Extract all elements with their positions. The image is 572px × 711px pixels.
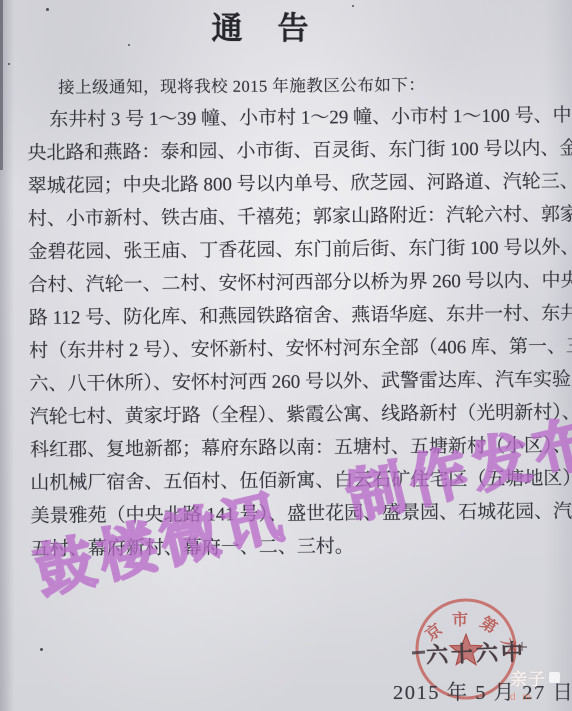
body-line: 路 112 号、防化库、和燕园铁路宿舍、燕语华庭、东井一村、东井二 bbox=[29, 297, 559, 335]
body-line: 东井村 3 号 1～39 幢、小市村 1～29 幢、小市村 1～100 号、中 bbox=[27, 99, 557, 137]
body-line: 村、小市新村、铁古庙、千禧苑；郭家山路附近：汽轮六村、郭家山、 bbox=[28, 198, 558, 236]
paper-speck bbox=[40, 648, 43, 651]
paper-speck bbox=[46, 8, 49, 11]
body-line: 科红郡、复地新都；幕府东路以南：五塘村、五塘新村（小区）、矿 bbox=[30, 429, 560, 467]
notice-photo: 通 告 接上级通知，现将我校 2015 年施教区公布如下： 东井村 3 号 1～… bbox=[0, 0, 572, 711]
body-line: 合村、汽轮一、二村、安怀村河西部分以桥为界 260 号以内、中央北 bbox=[28, 264, 558, 302]
page-title: 通 告 bbox=[0, 3, 547, 48]
seal-handwriting-mark bbox=[521, 642, 523, 651]
body-line: 央北路和燕路：泰和园、小市街、百灵街、东门街 100 号以内、金基 bbox=[27, 132, 557, 170]
body-line: 汽轮七村、黄家圩路（全程）、紫霞公寓、线路新村（光明新村）、万 bbox=[30, 396, 560, 434]
paper-speck bbox=[128, 44, 130, 46]
notice-intro: 接上级通知，现将我校 2015 年施教区公布如下： bbox=[58, 71, 425, 98]
paper-speck bbox=[8, 63, 10, 65]
body-line: 山机械厂宿舍、五佰村、伍佰新寓、白云石矿住宅区（五塘地区）、 bbox=[30, 462, 560, 500]
body-line: 村（东井村 2 号）、安怀新村、安怀村河东全部（406 库、第一、三、 bbox=[29, 330, 559, 368]
notice-date: 2015 年 5 月 27 日 bbox=[393, 675, 572, 705]
body-line: 翠城花园；中央北路 800 号以内单号、欣芝园、河路道、汽轮三、四 bbox=[28, 165, 558, 203]
body-line: 五村、幕府新村、幕府一、二、三村。 bbox=[31, 528, 561, 566]
body-line: 美景雅苑（中央北路 141 号）、盛世花园、盛景园、石城花园、汽轮 bbox=[30, 495, 560, 533]
notice-body: 东井村 3 号 1～39 幢、小市村 1～29 幢、小市村 1～100 号、中 … bbox=[27, 99, 561, 566]
body-line: 金碧花园、张王庙、丁香花园、东门前后街、东门街 100 号以外、联 bbox=[28, 231, 558, 269]
paper-speck bbox=[352, 5, 354, 7]
seal-handwriting: 六十六中 bbox=[425, 635, 526, 669]
body-line: 六、八干休所）、安怀村河西 260 号以外、武警雷达库、汽车实验厂、 bbox=[29, 363, 559, 401]
